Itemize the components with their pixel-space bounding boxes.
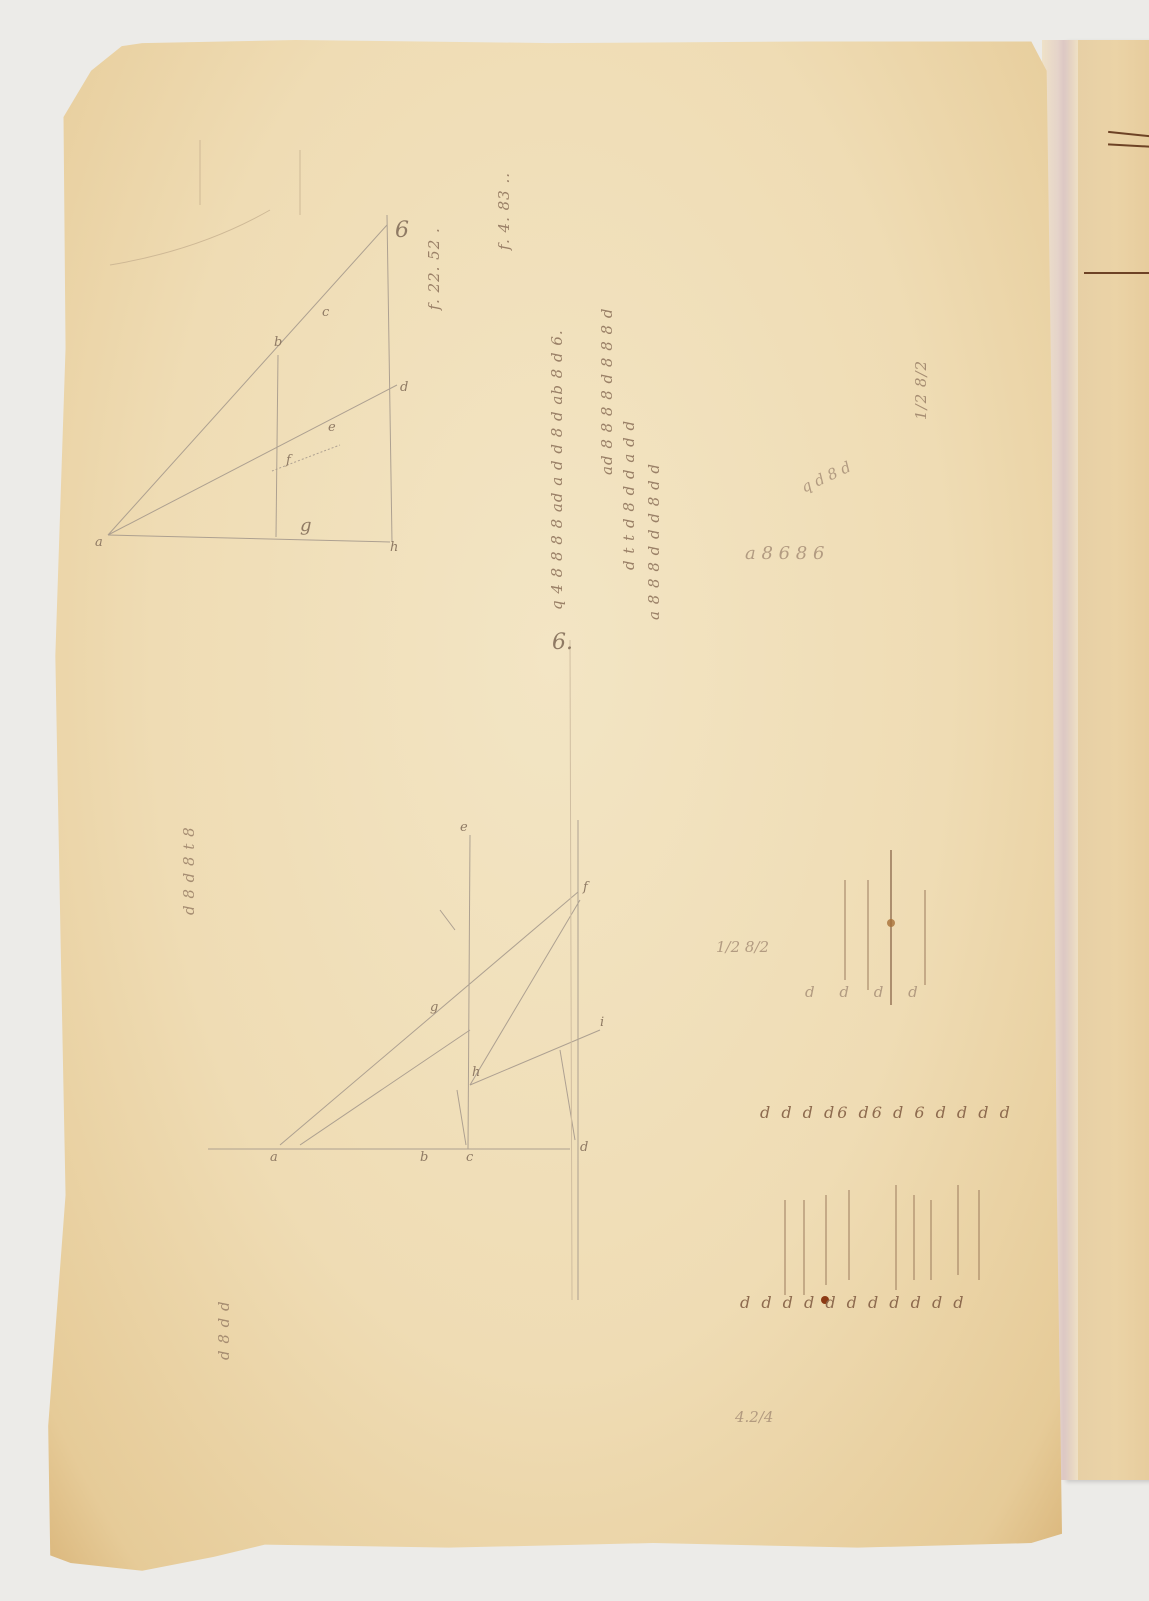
fraction-small-left: 1/2 8/2	[716, 940, 769, 956]
diagram-bottom-point-g: g	[430, 1000, 438, 1015]
diagram-bottom-point-e: e	[460, 820, 468, 835]
text-column-5: a 8 8 8 d d d 8 d d	[645, 370, 663, 620]
diagram-bottom-point-h: h	[472, 1065, 480, 1080]
diagram-top-point-d: d	[400, 380, 408, 395]
marginal-six: 6.	[552, 630, 573, 655]
text-column-top-right-of-diagram: f. 22. 52 .	[425, 150, 443, 310]
diagram-top-point-f: f	[286, 453, 291, 468]
diagram-top-point-c: c	[322, 305, 329, 320]
geometric-diagrams	[0, 0, 1149, 1601]
diagram-bottom-point-b: b	[420, 1150, 428, 1165]
bottom-center-mark: 4.2/4	[735, 1410, 773, 1426]
diagram-top-label-6: 6	[395, 218, 409, 243]
left-small-column-note: d 8 d 8 t 8	[180, 805, 198, 915]
text-column-3: ad 8 8 8 8 d 8 8 8 d	[598, 145, 616, 475]
text-column-4: d t t d 8 d d a d d	[620, 380, 638, 570]
diagram-top-point-b: b	[274, 335, 282, 350]
diagram-bottom-point-i: i	[600, 1015, 604, 1030]
text-column-2: q 4 8 8 8 8 ad a d d 8 d ab 8 d 6.	[548, 130, 566, 610]
small-table-right: d d d d	[805, 985, 928, 1001]
ink-blot-small	[887, 919, 895, 927]
diagram-bottom-point-c: c	[466, 1150, 473, 1165]
diagram-bottom-point-d: d	[580, 1140, 588, 1155]
fraction-note-right: 1/2 8/2	[912, 350, 930, 420]
diagram-bottom-point-a: a	[270, 1150, 278, 1165]
text-column-1: f. 4. 83 ..	[495, 140, 513, 250]
diagram-bottom-point-f: f	[583, 880, 588, 895]
diagram-top-point-e: e	[328, 420, 336, 435]
diagram-top-point-g: g	[300, 515, 312, 536]
calc-note-right-bottom: a 8 6 8 6	[745, 545, 824, 564]
table-header-values: d d d d6 d6 d 6 d d d d	[760, 1105, 1013, 1122]
diagram-top-point-a: a	[95, 535, 103, 550]
diagram-top-point-h: h	[390, 540, 398, 555]
bottom-left-notes: d 8 d d	[215, 1240, 233, 1360]
table-footer-values: d d d d d d d d d d d	[740, 1295, 967, 1312]
